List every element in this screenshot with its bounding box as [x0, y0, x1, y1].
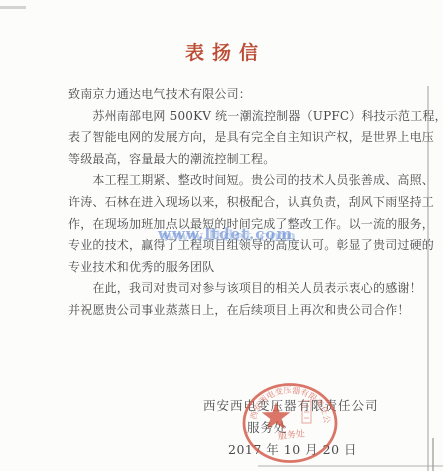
letter-line: 本工程工期紧、整改时间短。贵公司的技术人员张善成、高照、 [68, 170, 416, 192]
letter-page: 表扬信 致南京力通达电气技术有限公司： 苏州南部电网 500KV 统一潮流控制器… [0, 0, 443, 471]
letter-line: 苏州南部电网 500KV 统一潮流控制器（UPFC）科技示范工程，代 [68, 106, 416, 128]
site-watermark: www.ltdet.com [158, 225, 293, 243]
letter-line: 表了智能电网的发展方向，是具有完全自主知识产权，是世界上电压 [68, 127, 416, 149]
letter-line: 许涛、石林在进入现场以来，积极配合，认真负责，刮风下雨坚持工 [68, 192, 416, 214]
letter-line: 并祝愿贵公司事业蒸蒸日上，在后续项目上再次和贵公司合作！ [68, 300, 416, 322]
letter-line: 在此，我司对贵司对参与该项目的相关人员表示衷心的感谢！ [68, 278, 416, 300]
letter-body: 致南京力通达电气技术有限公司： 苏州南部电网 500KV 统一潮流控制器（UPF… [68, 84, 416, 322]
seal-ring [244, 385, 336, 462]
letter-title: 表扬信 [0, 38, 443, 65]
letter-line: 等级最高，容量最大的潮流控制工程。 [68, 149, 416, 171]
letter-line: 致南京力通达电气技术有限公司： [68, 84, 416, 106]
seal-star-icon [262, 402, 291, 429]
scan-edge-topleft [0, 6, 26, 9]
company-seal-stamp: 西安西电变压器有限责任公司 服务处 [238, 378, 344, 470]
letter-line: 专业技术和优秀的服务团队 [68, 257, 416, 279]
seal-bottom-text: 服务处 [277, 427, 305, 442]
scan-edge-right [427, 86, 429, 471]
scan-edge-bottom [258, 465, 443, 467]
